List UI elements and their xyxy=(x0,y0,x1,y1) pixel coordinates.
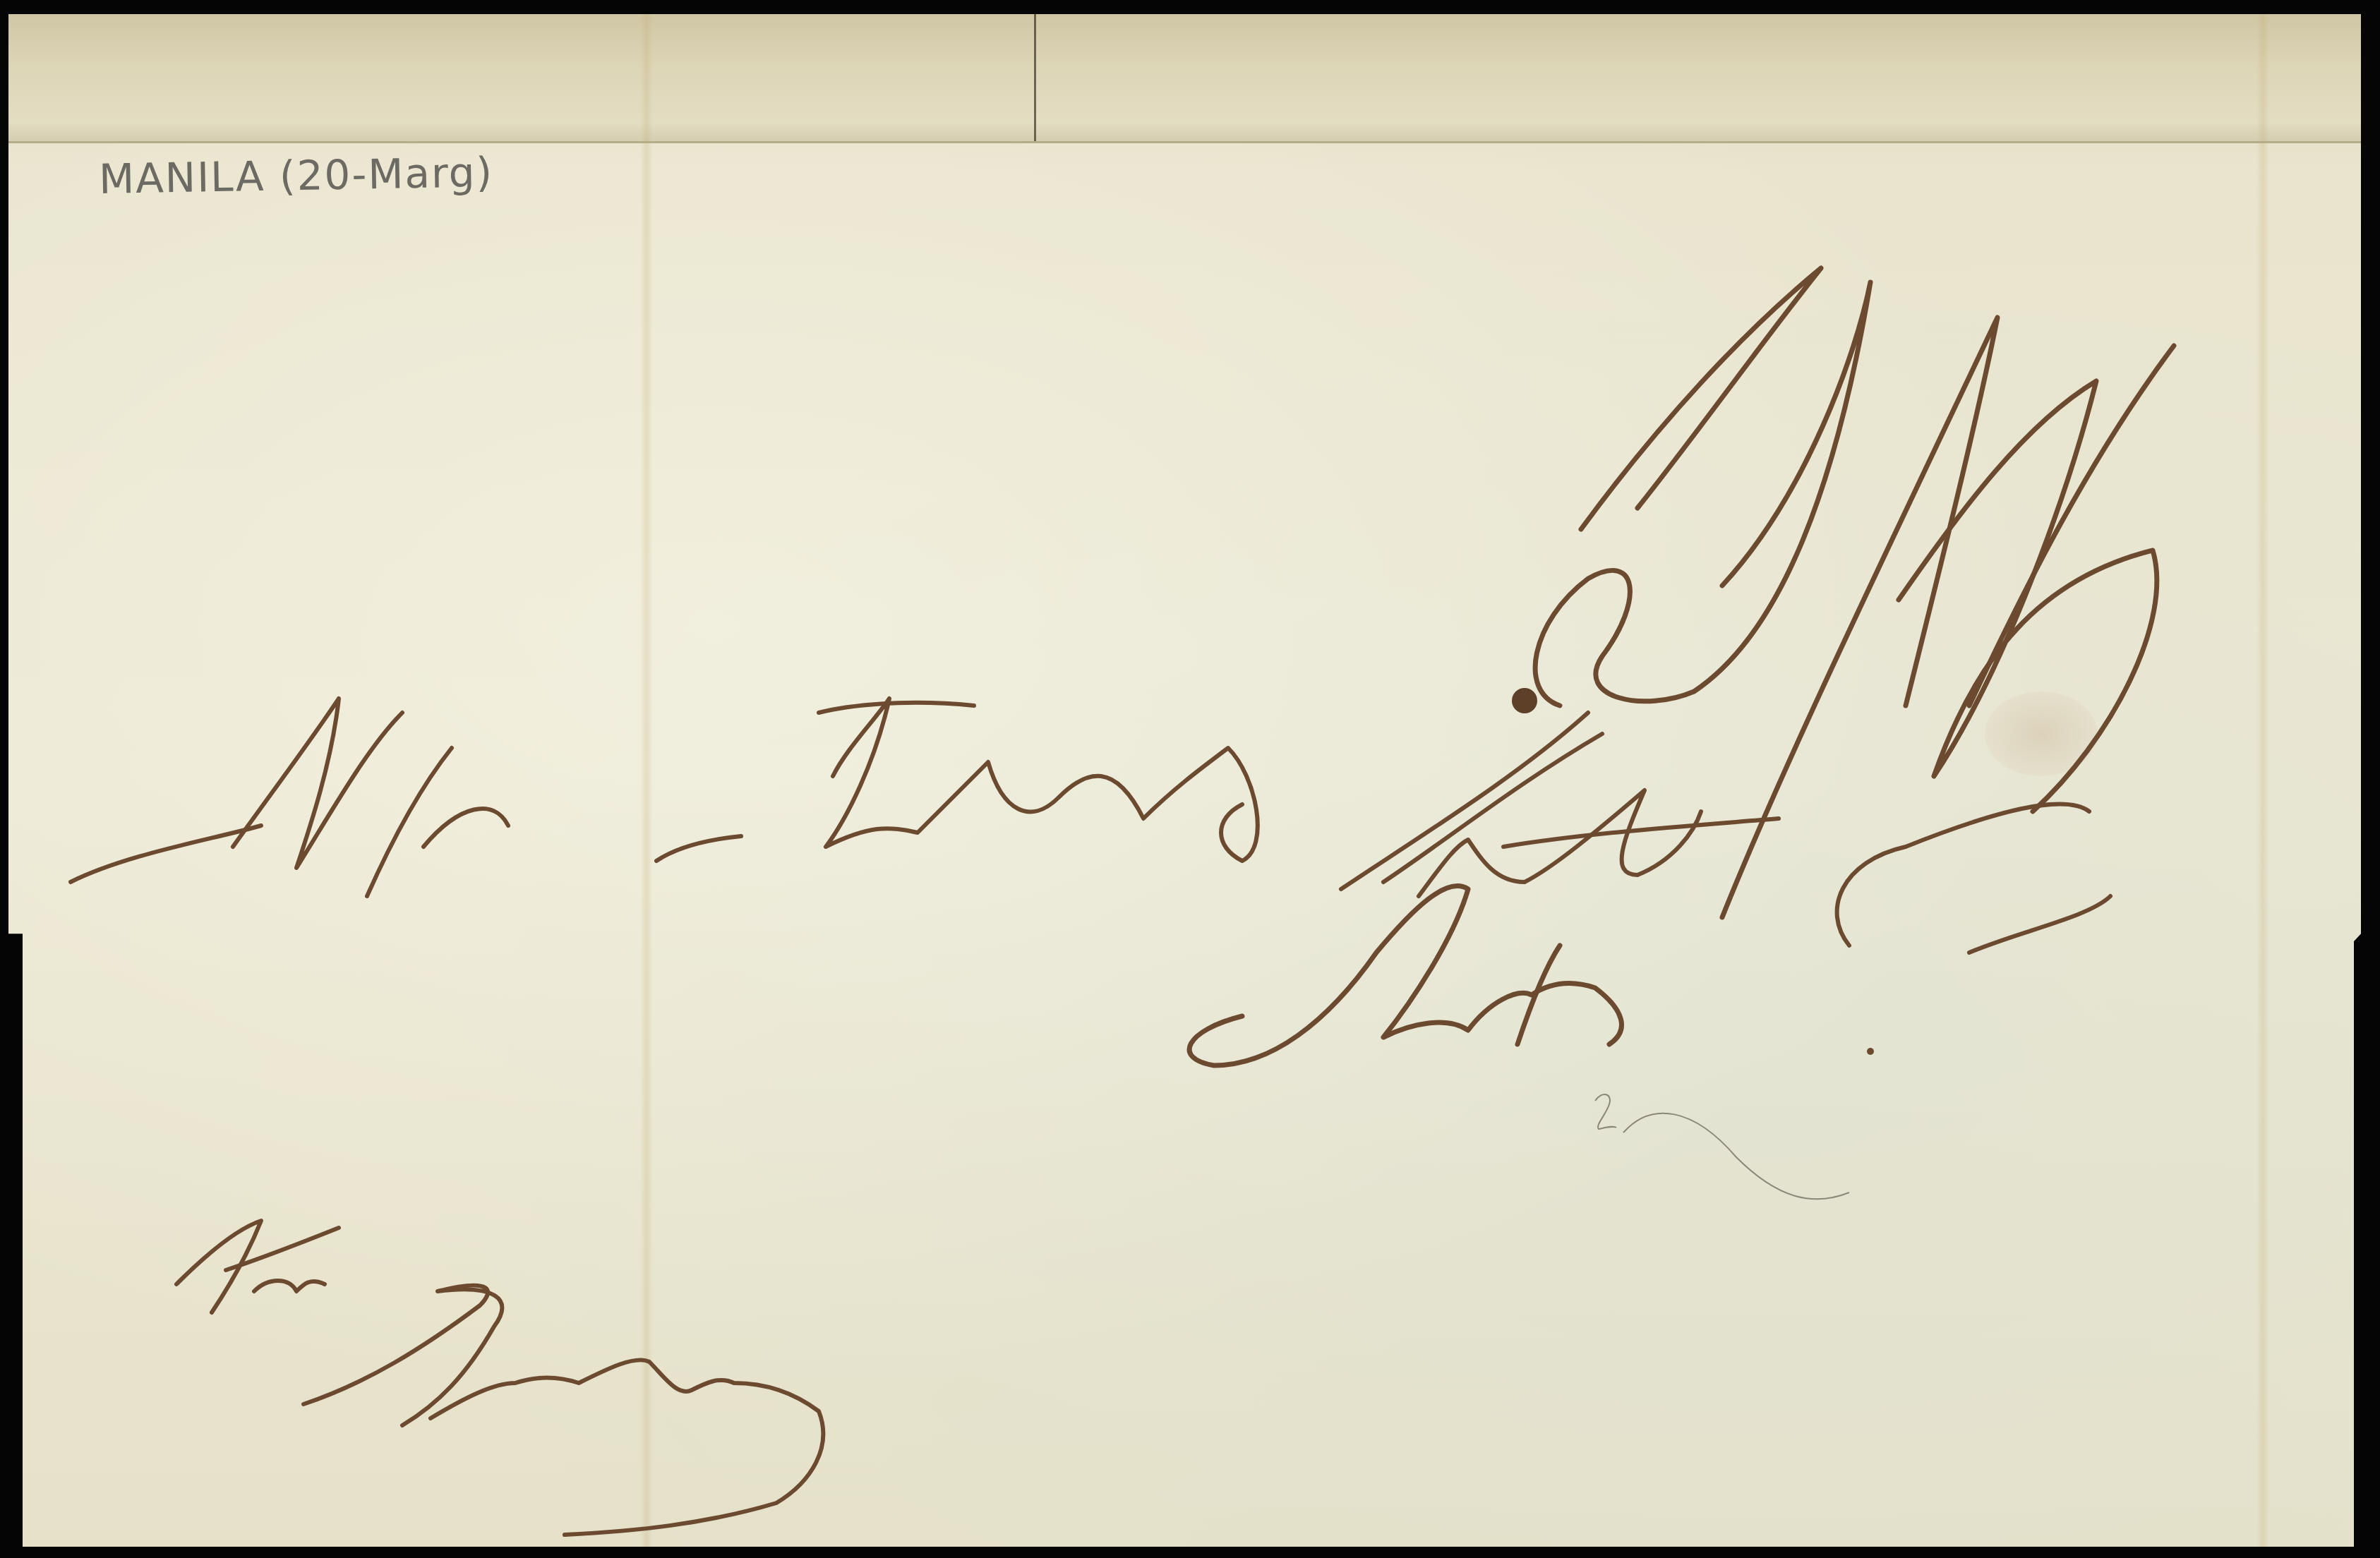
pencil-numeral-and-curve xyxy=(1595,1094,1849,1199)
pencil-numeral-text: 2 xyxy=(0,0,1,1)
routing-via-marseilles xyxy=(176,1221,823,1535)
address-messrs xyxy=(71,699,508,896)
address-london xyxy=(1189,886,1621,1065)
address-frederick xyxy=(656,699,1258,861)
manuscript-ink xyxy=(0,0,2380,1558)
